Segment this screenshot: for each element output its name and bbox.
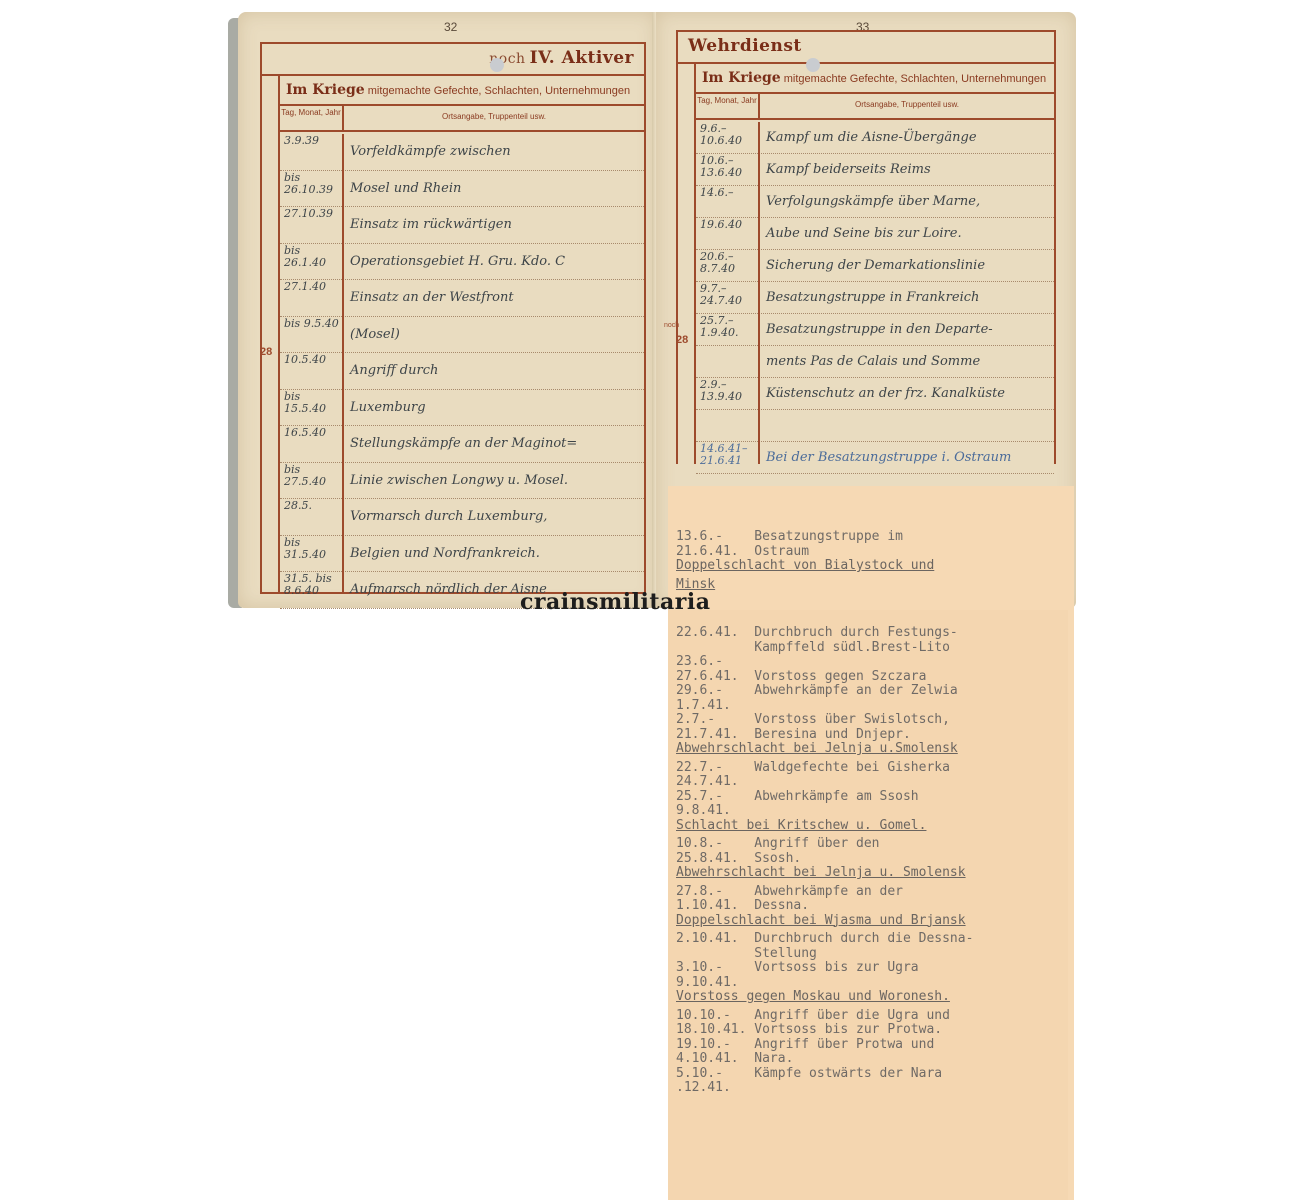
side-margin: noch 28 [678,64,696,464]
typed-heading: Abwehrschlacht bei Jelnja u.Smolensk [676,742,973,757]
entry-text: Kampf um die Aisne-Übergänge [760,122,1054,153]
typed-heading: Minsk [676,578,934,593]
table-row: bis 15.5.40Luxemburg [280,390,644,427]
typed-entry: 9.10.41. [676,976,973,991]
watermark: crainsmilitaria [520,589,710,615]
entry-date: bis 27.5.40 [280,463,344,499]
entry-text: ments Pas de Calais und Somme [760,346,1054,377]
table-row: 27.10.39Einsatz im rückwärtigen [280,207,644,244]
entry-text: Luxemburg [344,390,644,426]
war-record-table: Im Kriege mitgemachte Gefechte, Schlacht… [696,64,1054,464]
table-row: 19.6.40Aube und Seine bis zur Loire. [696,218,1054,250]
section-title-bar: nochIV. Aktiver [262,44,644,76]
table-row: 25.7.– 1.9.40.Besatzungstruppe in den De… [696,314,1054,346]
entry-text: Stellungskämpfe an der Maginot= [344,426,644,462]
typed-entry: 29.6.- Abwehrkämpfe an der Zelwia [676,684,973,699]
entry-date: 9.6.– 10.6.40 [696,122,760,153]
typed-entry: 1.10.41. Dessna. [676,899,973,914]
entry-date: 14.6.41– 21.6.41 [696,442,760,473]
column-header-date: Tag, Monat, Jahr [280,106,344,130]
typed-entry: 21.7.41. Beresina und Dnjepr. [676,728,973,743]
typed-entry: 24.7.41. [676,775,973,790]
typed-entry: 10.8.- Angriff über den [676,837,973,852]
section-title: Wehrdienst [688,36,802,56]
entry-text: Angriff durch [344,353,644,389]
entry-text: Linie zwischen Longwy u. Mosel. [344,463,644,499]
entry-date: 2.9.– 13.9.40 [696,378,760,409]
typed-entry: .12.41. [676,1081,973,1096]
typed-entry: 5.10.- Kämpfe ostwärts der Nara [676,1067,973,1082]
entry-rows: 3.9.39Vorfeldkämpfe zwischenbis 26.10.39… [280,134,644,592]
table-row: 20.6.– 8.7.40Sicherung der Demarkationsl… [696,250,1054,282]
table-row: 14.6.–Verfolgungskämpfe über Marne, [696,186,1054,218]
table-row: ments Pas de Calais und Somme [696,346,1054,378]
entry-date: bis 31.5.40 [280,536,344,572]
table-heading: Im Kriege mitgemachte Gefechte, Schlacht… [280,76,644,106]
typed-attachment-strip: 13.6.- Besatzungstruppe im21.6.41. Ostra… [668,486,1074,1200]
left-page: 32 nochIV. Aktiver 28 Im Kriege mitgemac… [238,12,656,608]
table-row: 9.7.– 24.7.40Besatzungstruppe in Frankre… [696,282,1054,314]
punch-hole [490,58,504,72]
typed-entry: 1.7.41. [676,699,973,714]
typed-entry: 9.8.41. [676,804,973,819]
table-row: 2.9.– 13.9.40Küstenschutz an der frz. Ka… [696,378,1054,410]
table-heading: Im Kriege mitgemachte Gefechte, Schlacht… [696,64,1054,94]
entry-date: 9.7.– 24.7.40 [696,282,760,313]
entry-date: bis 26.10.39 [280,171,344,207]
typed-heading: Abwehrschlacht bei Jelnja u. Smolensk [676,866,973,881]
typed-heading: Vorstoss gegen Moskau und Woronesh. [676,990,973,1005]
entry-date: 14.6.– [696,186,760,217]
entry-date: bis 26.1.40 [280,244,344,280]
side-number: 28 [260,346,272,358]
typed-entry: 2.10.41. Durchbruch durch die Dessna- [676,932,973,947]
entry-date: 10.6.– 13.6.40 [696,154,760,185]
form-frame: nochIV. Aktiver 28 Im Kriege mitgemachte… [260,42,646,594]
typed-entry: 25.7.- Abwehrkämpfe am Ssosh [676,790,973,805]
typed-heading: Doppelschlacht bei Wjasma und Brjansk [676,914,973,929]
entry-text: Besatzungstruppe in den Departe- [760,314,1054,345]
table-row: bis 31.5.40Belgien und Nordfrankreich. [280,536,644,573]
entry-text: Einsatz im rückwärtigen [344,207,644,243]
entry-date: 16.5.40 [280,426,344,462]
entry-date: 27.1.40 [280,280,344,316]
typed-entries-lower: 22.6.41. Durchbruch durch Festungs- Kamp… [676,626,973,1096]
table-row: 10.5.40Angriff durch [280,353,644,390]
typed-heading: Schlacht bei Kritschew u. Gomel. [676,819,973,834]
typed-entry: 22.7.- Waldgefechte bei Gisherka [676,761,973,776]
entry-text: Sicherung der Demarkationslinie [760,250,1054,281]
table-row: 14.6.41– 21.6.41Bei der Besatzungstruppe… [696,442,1054,474]
side-number: 28 [676,334,688,346]
typed-entry: 22.6.41. Durchbruch durch Festungs- [676,626,973,641]
entry-date: 27.10.39 [280,207,344,243]
entry-text: Operationsgebiet H. Gru. Kdo. C [344,244,644,280]
typed-entry: 3.10.- Vortsoss bis zur Ugra [676,961,973,976]
entry-date: bis 15.5.40 [280,390,344,426]
entry-text: Küstenschutz an der frz. Kanalküste [760,378,1054,409]
section-title: nochIV. Aktiver [489,48,634,68]
column-headers: Tag, Monat, Jahr Ortsangabe, Truppenteil… [280,106,644,132]
entry-text: Belgien und Nordfrankreich. [344,536,644,572]
entry-text: Vormarsch durch Luxemburg, [344,499,644,535]
column-header-place: Ortsangabe, Truppenteil usw. [760,94,1054,118]
typed-entry: 21.6.41. Ostraum [676,545,934,560]
typed-entry: 2.7.- Vorstoss über Swislotsch, [676,713,973,728]
typed-heading: Doppelschlacht von Bialystock und [676,559,934,574]
typed-entry: Kampffeld südl.Brest-Lito [676,641,973,656]
entry-text: Aube und Seine bis zur Loire. [760,218,1054,249]
date-column-rule [758,122,760,464]
table-row: 16.5.40Stellungskämpfe an der Maginot= [280,426,644,463]
column-header-date: Tag, Monat, Jahr [696,94,760,118]
table-row: 9.6.– 10.6.40Kampf um die Aisne-Übergäng… [696,122,1054,154]
table-row: bis 27.5.40Linie zwischen Longwy u. Mose… [280,463,644,500]
war-record-table: Im Kriege mitgemachte Gefechte, Schlacht… [280,76,644,592]
table-row: bis 9.5.40(Mosel) [280,317,644,354]
side-margin: 28 [262,76,280,592]
entry-date: 10.5.40 [280,353,344,389]
form-frame: Wehrdienst noch 28 Im Kriege mitgemachte… [676,30,1056,464]
entry-text: (Mosel) [344,317,644,353]
side-prefix: noch [664,322,679,329]
table-row: 27.1.40Einsatz an der Westfront [280,280,644,317]
typed-entry: 27.8.- Abwehrkämpfe an der [676,885,973,900]
typed-entry: 18.10.41. Vortsoss bis zur Protwa. [676,1023,973,1038]
entry-text: Bei der Besatzungstruppe i. Ostraum [760,442,1054,473]
entry-date [696,410,760,441]
entry-date: 3.9.39 [280,134,344,170]
punch-hole [806,58,820,72]
entry-date: 31.5. bis 8.6.40 [280,572,344,608]
entry-date: bis 9.5.40 [280,317,344,353]
entry-text: Vorfeldkämpfe zwischen [344,134,644,170]
typed-entry: 19.10.- Angriff über Protwa und [676,1038,973,1053]
typed-entry: 4.10.41. Nara. [676,1052,973,1067]
entry-date: 19.6.40 [696,218,760,249]
column-header-place: Ortsangabe, Truppenteil usw. [344,106,644,130]
table-row: 3.9.39Vorfeldkämpfe zwischen [280,134,644,171]
entry-date [696,346,760,377]
entry-text: Verfolgungskämpfe über Marne, [760,186,1054,217]
typed-entry: Stellung [676,947,973,962]
entry-rows: 9.6.– 10.6.40Kampf um die Aisne-Übergäng… [696,122,1054,464]
table-row [696,410,1054,442]
table-row: 28.5.Vormarsch durch Luxemburg, [280,499,644,536]
entry-text: Besatzungstruppe in Frankreich [760,282,1054,313]
entry-text: Kampf beiderseits Reims [760,154,1054,185]
entry-text: Mosel und Rhein [344,171,644,207]
typed-entry: 25.8.41. Ssosh. [676,852,973,867]
typed-entries-upper: 13.6.- Besatzungstruppe im21.6.41. Ostra… [676,530,934,596]
page-number: 32 [444,20,457,34]
table-row: 10.6.– 13.6.40Kampf beiderseits Reims [696,154,1054,186]
typed-entry: 27.6.41. Vorstoss gegen Szczara [676,670,973,685]
typed-entry: 10.10.- Angriff über die Ugra und [676,1009,973,1024]
section-title-bar: Wehrdienst [678,32,1054,64]
entry-date: 20.6.– 8.7.40 [696,250,760,281]
typed-entry: 23.6.- [676,655,973,670]
entry-text [760,410,1054,441]
table-row: bis 26.1.40Operationsgebiet H. Gru. Kdo.… [280,244,644,281]
date-column-rule [342,134,344,592]
entry-date: 25.7.– 1.9.40. [696,314,760,345]
entry-date: 28.5. [280,499,344,535]
entry-text: Einsatz an der Westfront [344,280,644,316]
typed-strip-lower-sheet: 22.6.41. Durchbruch durch Festungs- Kamp… [668,610,1068,1200]
table-row: bis 26.10.39Mosel und Rhein [280,171,644,208]
column-headers: Tag, Monat, Jahr Ortsangabe, Truppenteil… [696,94,1054,120]
typed-entry: 13.6.- Besatzungstruppe im [676,530,934,545]
